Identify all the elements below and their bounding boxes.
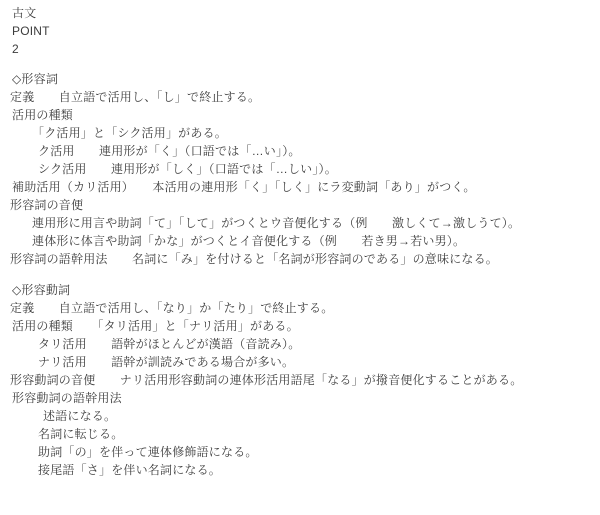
line-predicate-usage: 述語になる。 [0,407,600,425]
section-heading: ◇形容動詞 [0,281,600,299]
line-onbin-heading: 形容詞の音便 [0,196,600,214]
section-adjectival-verb: ◇形容動詞 定義 自立語で活用し、「なり」か「たり」で終止する。 活用の種類 「… [0,281,600,479]
section-gap [0,268,600,281]
doc-point-label: POINT [0,22,600,40]
section-gap [0,58,600,70]
line-shiku-conjugation: シク活用 連用形が「しく」（口語では「…しい」）。 [0,160,600,178]
line-tari-conjugation: タリ活用 語幹がほとんどが漢語（音読み）。 [0,335,600,353]
line-stem-usage: 形容詞の語幹用法 名詞に「み」を付けると「名詞が形容詞のである」の意味になる。 [0,250,600,268]
line-ku-conjugation: ク活用 連用形が「く」（口語では「…い」）。 [0,142,600,160]
line-no-particle-usage: 助詞「の」を伴って連体修飾語になる。 [0,443,600,461]
line-definition: 定義 自立語で活用し、「し」で終止する。 [0,88,600,106]
line-definition: 定義 自立語で活用し、「なり」か「たり」で終止する。 [0,299,600,317]
line-i-onbin: 連体形に体言や助詞「かな」がつくとイ音便化する（例 若き男→若い男）。 [0,232,600,250]
line-conjugation-types: 活用の種類 「タリ活用」と「ナリ活用」がある。 [0,317,600,335]
line-nari-conjugation: ナリ活用 語幹が訓読みである場合が多い。 [0,353,600,371]
line-conjugation-types: 活用の種類 [0,106,600,124]
line-auxiliary-conjugation: 補助活用（カリ活用） 本活用の連用形「く」「しく」にラ変動詞「あり」がつく。 [0,178,600,196]
line-u-onbin: 連用形に用言や助詞「て」「して」がつくとウ音便化する（例 激しくて→激しうて）。 [0,214,600,232]
doc-subject: 古文 [0,4,600,22]
line-conjugation-overview: 「ク活用」と「シク活用」がある。 [0,124,600,142]
document-page: 古文 POINT 2 ◇形容詞 定義 自立語で活用し、「し」で終止する。 活用の… [0,0,600,515]
line-onbin: 形容動詞の音便 ナリ活用形容動詞の連体形活用語尾「なる」が撥音便化することがある… [0,371,600,389]
line-stem-usage-heading: 形容動詞の語幹用法 [0,389,600,407]
line-noun-conversion: 名詞に転じる。 [0,425,600,443]
section-adjective: ◇形容詞 定義 自立語で活用し、「し」で終止する。 活用の種類 「ク活用」と「シ… [0,70,600,268]
section-heading: ◇形容詞 [0,70,600,88]
line-sa-suffix-usage: 接尾語「さ」を伴い名詞になる。 [0,461,600,479]
doc-point-number: 2 [0,40,600,58]
